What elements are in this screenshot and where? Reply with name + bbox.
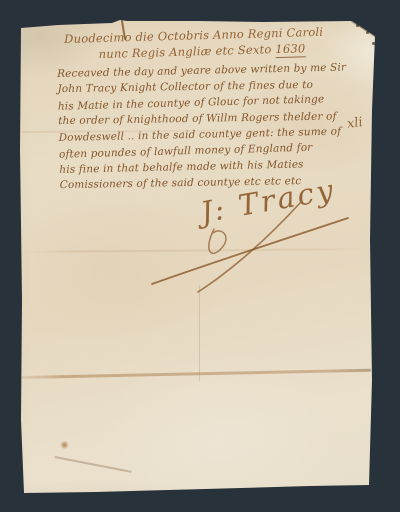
body-text: Receaved the day and yeare above written…: [57, 60, 344, 194]
latin-heading: Duodecimo die Octobris Anno Regni Caroli…: [64, 25, 315, 62]
date-year: 1630: [275, 41, 306, 58]
signature-flourish: [152, 218, 348, 284]
margin-sum-note: xli: [346, 115, 364, 132]
handwriting-layer: Duodecimo die Octobris Anno Regni Caroli…: [0, 0, 400, 512]
manuscript-page: Duodecimo die Octobris Anno Regni Caroli…: [0, 0, 400, 512]
heading-line2-text: nunc Regis Angliæ etc Sexto: [98, 42, 275, 61]
signature-loop: [209, 229, 226, 253]
photo-background: Duodecimo die Octobris Anno Regni Caroli…: [0, 0, 400, 512]
